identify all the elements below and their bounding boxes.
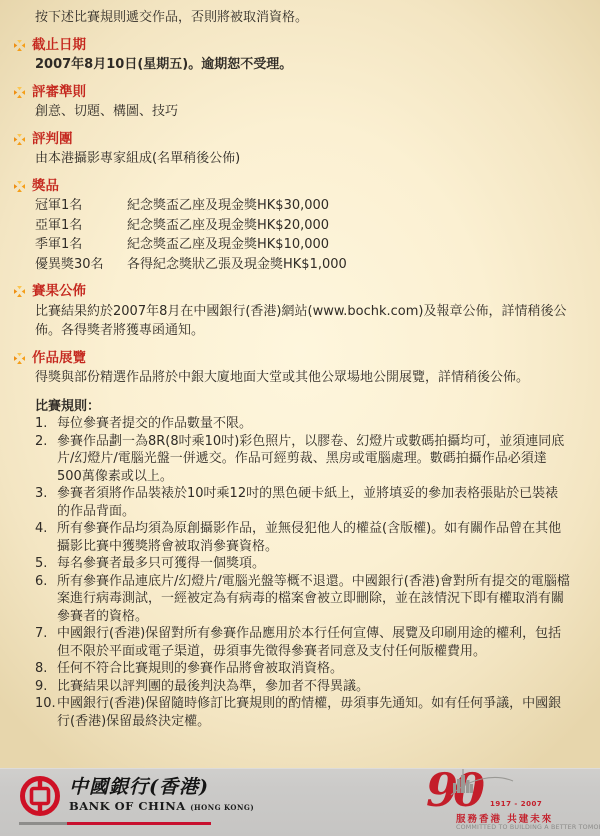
rule-number: 8.: [35, 660, 57, 678]
sparkle-bullet-icon: [14, 134, 25, 145]
section-heading-judges: 評判團: [14, 130, 570, 150]
prize-row: 優異獎30名 各得紀念獎狀乙張及現金獎HK$1,000: [35, 255, 570, 275]
rules-heading: 比賽規則：: [35, 398, 570, 416]
rule-number: 3.: [35, 485, 57, 520]
rule-text: 參賽作品劃一為8R(8吋乘10吋)彩色照片，以膠卷、幻燈片或數碼拍攝均可，並須連…: [57, 433, 570, 486]
rule-text: 所有參賽作品連底片/幻燈片/電腦光盤等概不退還。中國銀行(香港)會對所有提交的電…: [57, 573, 570, 626]
rule-number: 10.: [35, 695, 57, 730]
section-criteria: 評審準則 創意、切題、構圖、技巧: [35, 83, 570, 122]
rule-item: 10. 中國銀行(香港)保留隨時修訂比賽規則的酌情權，毋須事先通知。如有任何爭議…: [35, 695, 570, 730]
rule-item: 9. 比賽結果以評判團的最後判決為準，參加者不得異議。: [35, 678, 570, 696]
boc-logo: 中國銀行(香港) BANK OF CHINA (HONG KONG): [19, 775, 254, 825]
section-results: 賽果公佈 比賽結果約於2007年8月在中國銀行(香港)網站(www.bochk.…: [35, 282, 570, 341]
rule-item: 7. 中國銀行(香港)保留對所有參賽作品應用於本行任何宣傳、展覽及印刷用途的權利…: [35, 625, 570, 660]
rule-text: 每位參賽者提交的作品數量不限。: [57, 415, 570, 433]
section-prizes: 獎品 冠軍1名 紀念獎盃乙座及現金獎HK$30,000 亞軍1名 紀念獎盃乙座及…: [35, 177, 570, 275]
section-title-deadline: 截止日期: [32, 36, 86, 56]
rule-item: 4. 所有參賽作品均須為原創攝影作品，並無侵犯他人的權益(含版權)。如有關作品曾…: [35, 520, 570, 555]
rule-number: 9.: [35, 678, 57, 696]
rule-text: 每名參賽者最多只可獲得一個獎項。: [57, 555, 570, 573]
sparkle-bullet-icon: [14, 286, 25, 297]
intro-paragraph: 按下述比賽規則遞交作品，否則將被取消資格。: [35, 8, 570, 28]
skyline-icon: [449, 769, 515, 803]
rule-item: 3. 參賽者須將作品裝裱於10吋乘12吋的黑色硬卡紙上，並將填妥的參加表格張貼於…: [35, 485, 570, 520]
section-deadline: 截止日期 2007年8月10日(星期五)。逾期恕不受理。: [35, 36, 570, 75]
section-title-criteria: 評審準則: [32, 83, 86, 103]
rule-item: 6. 所有參賽作品連底片/幻燈片/電腦光盤等概不退還。中國銀行(香港)會對所有提…: [35, 573, 570, 626]
prize-row: 冠軍1名 紀念獎盃乙座及現金獎HK$30,000: [35, 196, 570, 216]
boc-divider-line: [19, 822, 211, 825]
rule-number: 6.: [35, 573, 57, 626]
rule-number: 7.: [35, 625, 57, 660]
section-title-prizes: 獎品: [32, 177, 59, 197]
rule-item: 8. 任何不符合比賽規則的參賽作品將會被取消資格。: [35, 660, 570, 678]
main-content: 按下述比賽規則遞交作品，否則將被取消資格。 截止日期 2007年8月10日(星期…: [35, 8, 570, 730]
judges-text: 由本港攝影專家組成(名單稍後公佈): [35, 149, 570, 169]
prize-desc: 各得紀念獎狀乙張及現金獎HK$1,000: [127, 255, 570, 275]
rule-number: 1.: [35, 415, 57, 433]
rule-text: 所有參賽作品均須為原創攝影作品，並無侵犯他人的權益(含版權)。如有關作品曾在其他…: [57, 520, 570, 555]
exhibition-text: 得獎與部份精選作品將於中銀大廈地面大堂或其他公眾場地公開展覽，詳情稍後公佈。: [35, 368, 570, 388]
rule-text: 任何不符合比賽規則的參賽作品將會被取消資格。: [57, 660, 570, 678]
section-heading-deadline: 截止日期: [14, 36, 570, 56]
sparkle-bullet-icon: [14, 40, 25, 51]
leaflet-page: 按下述比賽規則遞交作品，否則將被取消資格。 截止日期 2007年8月10日(星期…: [0, 0, 600, 836]
prize-rank: 亞軍1名: [35, 216, 127, 236]
anniversary-slogan-chinese: 服務香港 共建未來: [456, 811, 553, 825]
prize-desc: 紀念獎盃乙座及現金獎HK$30,000: [127, 196, 570, 216]
section-heading-results: 賽果公佈: [14, 282, 570, 302]
rule-number: 4.: [35, 520, 57, 555]
sparkle-bullet-icon: [14, 87, 25, 98]
prize-row: 季軍1名 紀念獎盃乙座及現金獎HK$10,000: [35, 235, 570, 255]
section-title-results: 賽果公佈: [32, 282, 86, 302]
prize-rank: 季軍1名: [35, 235, 127, 255]
rule-text: 比賽結果以評判團的最後判決為準，參加者不得異議。: [57, 678, 570, 696]
footer: 中國銀行(香港) BANK OF CHINA (HONG KONG) 90 19…: [0, 768, 600, 836]
boc-english-name: BANK OF CHINA (HONG KONG): [69, 800, 254, 814]
prize-rank: 冠軍1名: [35, 196, 127, 216]
deadline-text: 2007年8月10日(星期五)。逾期恕不受理。: [35, 55, 570, 75]
section-title-exhibition: 作品展覽: [32, 349, 86, 369]
section-judges: 評判團 由本港攝影專家組成(名單稍後公佈): [35, 130, 570, 169]
rule-item: 1. 每位參賽者提交的作品數量不限。: [35, 415, 570, 433]
rules-section: 比賽規則： 1. 每位參賽者提交的作品數量不限。 2. 參賽作品劃一為8R(8吋…: [35, 398, 570, 731]
prize-row: 亞軍1名 紀念獎盃乙座及現金獎HK$20,000: [35, 216, 570, 236]
anniversary-years: 1917 - 2007: [490, 800, 542, 808]
rule-text: 中國銀行(香港)保留隨時修訂比賽規則的酌情權，毋須事先通知。如有任何爭議，中國銀…: [57, 695, 570, 730]
boc-emblem-icon: [19, 775, 61, 817]
rule-number: 5.: [35, 555, 57, 573]
sparkle-bullet-icon: [14, 181, 25, 192]
section-heading-prizes: 獎品: [14, 177, 570, 197]
results-text: 比賽結果約於2007年8月在中國銀行(香港)網站(www.bochk.com)及…: [35, 302, 570, 341]
sparkle-bullet-icon: [14, 353, 25, 364]
anniversary-90-logo: 90 1917 - 2007 服務香港 共建未來 COMMITTED TO BU…: [426, 770, 578, 832]
rule-item: 5. 每名參賽者最多只可獲得一個獎項。: [35, 555, 570, 573]
rule-number: 2.: [35, 433, 57, 486]
rule-text: 參賽者須將作品裝裱於10吋乘12吋的黑色硬卡紙上，並將填妥的參加表格張貼於已裝裱…: [57, 485, 570, 520]
section-exhibition: 作品展覽 得獎與部份精選作品將於中銀大廈地面大堂或其他公眾場地公開展覽，詳情稍後…: [35, 349, 570, 388]
prize-rank: 優異獎30名: [35, 255, 127, 275]
anniversary-slogan-english: COMMITTED TO BUILDING A BETTER TOMORROW: [456, 824, 600, 831]
boc-chinese-name: 中國銀行(香港): [69, 776, 254, 798]
section-title-judges: 評判團: [32, 130, 73, 150]
boc-region-label: (HONG KONG): [190, 803, 254, 812]
criteria-text: 創意、切題、構圖、技巧: [35, 102, 570, 122]
prize-desc: 紀念獎盃乙座及現金獎HK$10,000: [127, 235, 570, 255]
rule-text: 中國銀行(香港)保留對所有參賽作品應用於本行任何宣傳、展覽及印刷用途的權利，包括…: [57, 625, 570, 660]
prize-desc: 紀念獎盃乙座及現金獎HK$20,000: [127, 216, 570, 236]
section-heading-exhibition: 作品展覽: [14, 349, 570, 369]
boc-english-main: BANK OF CHINA: [69, 799, 186, 813]
rule-item: 2. 參賽作品劃一為8R(8吋乘10吋)彩色照片，以膠卷、幻燈片或數碼拍攝均可，…: [35, 433, 570, 486]
section-heading-criteria: 評審準則: [14, 83, 570, 103]
